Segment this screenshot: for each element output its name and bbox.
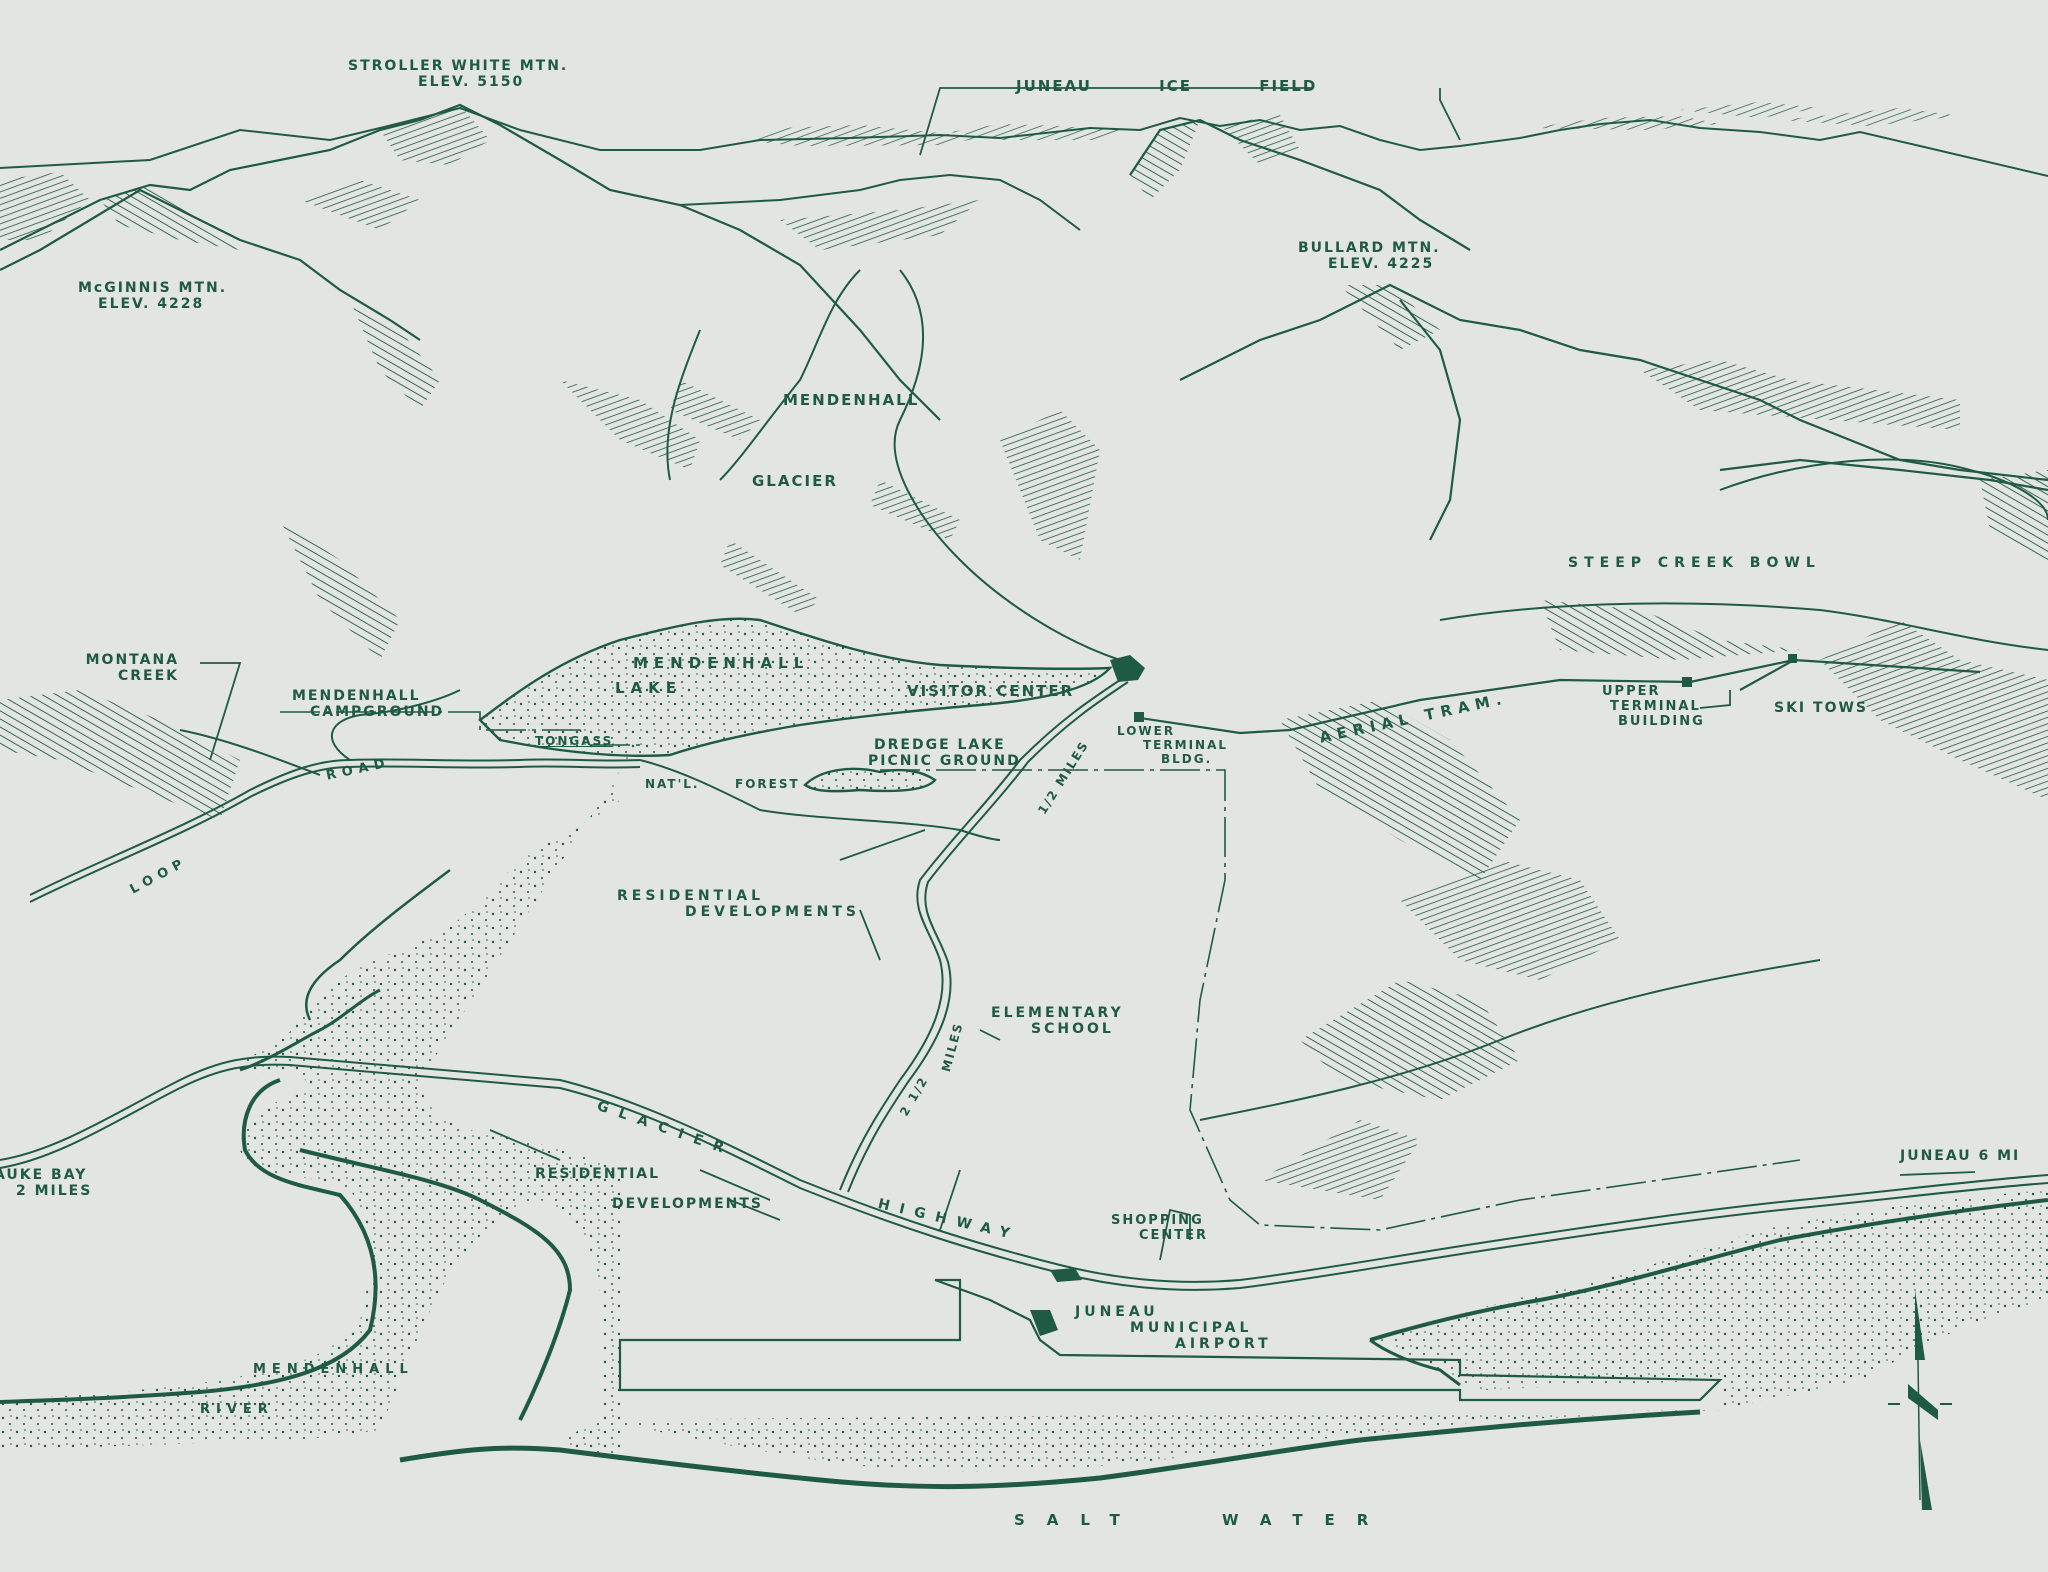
stroller-white-elev: ELEV. 5150 xyxy=(348,74,568,90)
elementary-school-label: ELEMENTARY SCHOOL xyxy=(991,1005,1124,1037)
forest-tongass-label: TONGASS xyxy=(535,735,613,749)
ice-field-ice: ICE xyxy=(1159,77,1192,95)
map-illustration xyxy=(0,0,2048,1572)
forest-forest-label: FOREST xyxy=(735,778,800,792)
residential-north-line1: RESIDENTIAL xyxy=(617,888,764,904)
auke-bay-label: AUKE BAY 2 MILES xyxy=(0,1167,92,1199)
residential-south-label-2: DEVELOPMENTS xyxy=(612,1196,763,1212)
airport-line1: JUNEAU xyxy=(1075,1304,1159,1320)
montana-creek-line2: CREEK xyxy=(60,668,179,684)
stroller-white-label: STROLLER WHITE MTN. ELEV. 5150 xyxy=(348,58,568,90)
dredge-lake-line1: DREDGE LAKE xyxy=(868,737,1006,753)
mcginnis-label: McGINNIS MTN. ELEV. 4228 xyxy=(78,280,227,312)
steep-creek-bowl-label: STEEP CREEK BOWL xyxy=(1568,555,1821,571)
mcginnis-elev: ELEV. 4228 xyxy=(78,296,227,312)
campground-label: MENDENHALL CAMPGROUND xyxy=(290,688,444,720)
bullard-label: BULLARD MTN. ELEV. 4225 xyxy=(1298,240,1441,272)
forest-natl-label: NAT'L. xyxy=(645,778,699,792)
residential-north-line2: DEVELOPMENTS xyxy=(617,904,860,920)
lower-terminal-line2: TERMINAL xyxy=(1117,739,1228,753)
elementary-school-line2: SCHOOL xyxy=(991,1021,1124,1037)
campground-line1: MENDENHALL xyxy=(290,688,421,704)
visitor-center-label: VISITOR CENTER xyxy=(907,683,1074,700)
distant-hatching xyxy=(740,102,1960,146)
lower-terminal-line3: BLDG. xyxy=(1117,753,1228,767)
mountain-bullard xyxy=(1130,120,2048,540)
upper-terminal-line1: UPPER xyxy=(1602,684,1661,699)
shopping-center-line1: SHOPPING xyxy=(1111,1213,1204,1228)
auke-bay-line1: AUKE BAY xyxy=(0,1167,87,1183)
lower-terminal-label: LOWER TERMINAL BLDG. xyxy=(1117,725,1228,766)
shopping-center-label: SHOPPING CENTER xyxy=(1111,1214,1208,1244)
lake-label-1: MENDENHALL xyxy=(633,655,809,672)
juneau-distance-label: JUNEAU 6 MI xyxy=(1900,1148,2020,1164)
salt-water-water-label: WATER xyxy=(1222,1512,1390,1529)
salt-water-salt-label: SALT xyxy=(1014,1512,1142,1529)
dredge-lake-line2: PICNIC GROUND xyxy=(868,753,1021,769)
campground-line2: CAMPGROUND xyxy=(290,704,444,720)
airport-label: JUNEAU MUNICIPAL AIRPORT xyxy=(1075,1304,1272,1352)
airport-line3: AIRPORT xyxy=(1075,1336,1272,1352)
ice-field-field: FIELD xyxy=(1259,77,1317,95)
mendenhall-river-label-1: MENDENHALL xyxy=(253,1363,414,1378)
mendenhall-river-label-2: RIVER xyxy=(200,1403,274,1418)
montana-creek-line1: MONTANA xyxy=(86,652,179,668)
ski-tows-label: SKI TOWS xyxy=(1774,700,1868,716)
dredge-lake xyxy=(805,769,935,791)
lake-label-2: LAKE xyxy=(615,680,682,697)
bullard-name: BULLARD MTN. xyxy=(1298,240,1441,256)
ice-field-ridge xyxy=(0,108,2048,176)
visitor-center-building xyxy=(1110,655,1145,682)
mountain-hatching-right xyxy=(1000,115,2048,1200)
mcginnis-name: McGINNIS MTN. xyxy=(78,280,227,296)
glacier-label-1: MENDENHALL xyxy=(783,392,919,409)
lower-terminal-line1: LOWER xyxy=(1117,724,1175,738)
upper-terminal-line2: TERMINAL xyxy=(1602,700,1705,715)
airport-terminal xyxy=(1030,1310,1058,1336)
montana-creek-label: MONTANA CREEK xyxy=(60,652,179,684)
juneau-ice-field-label: JUNEAU ICE FIELD xyxy=(1016,78,1317,95)
airport-line2: MUNICIPAL xyxy=(1075,1320,1272,1336)
upper-terminal-label: UPPER TERMINAL BUILDING xyxy=(1602,685,1705,730)
residential-north-label: RESIDENTIAL DEVELOPMENTS xyxy=(617,888,860,920)
auke-bay-line2: 2 MILES xyxy=(0,1183,92,1199)
elementary-school-line1: ELEMENTARY xyxy=(991,1005,1124,1021)
stroller-white-name: STROLLER WHITE MTN. xyxy=(348,58,568,74)
shopping-center-line2: CENTER xyxy=(1111,1229,1208,1244)
bullard-elev: ELEV. 4225 xyxy=(1298,256,1441,272)
mendenhall-river xyxy=(0,740,640,1460)
ice-field-juneau: JUNEAU xyxy=(1016,77,1092,95)
upper-terminal-line3: BUILDING xyxy=(1602,715,1705,730)
dredge-lake-label: DREDGE LAKE PICNIC GROUND xyxy=(868,737,1021,769)
residential-south-label-1: RESIDENTIAL xyxy=(535,1166,660,1182)
glacier-label-2: GLACIER xyxy=(752,473,838,490)
